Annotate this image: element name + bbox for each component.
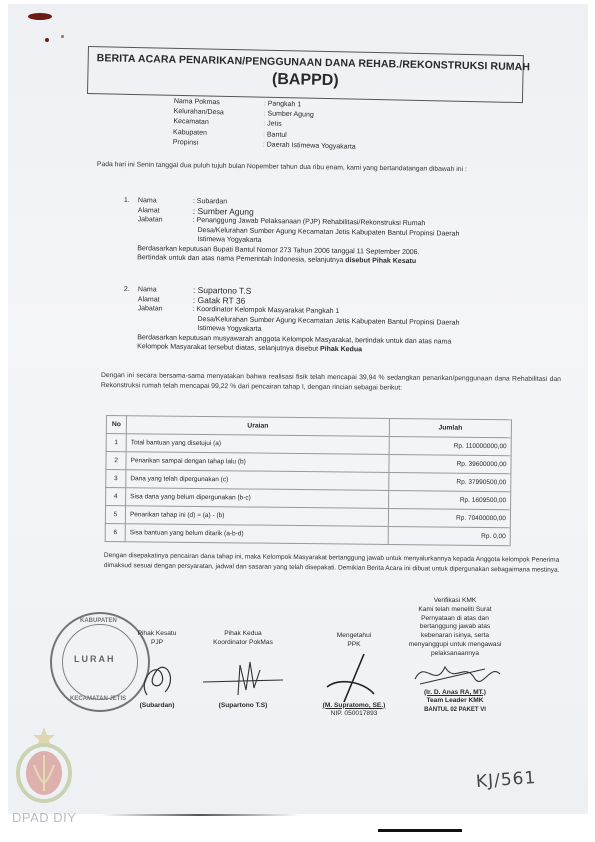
handwritten-code: KJ/561 (475, 768, 537, 792)
ink-blot (61, 35, 64, 38)
pokmas-info: Nama PokmasPangkah 1 Kelurahan/DesaSumbe… (173, 97, 357, 153)
table-row: 6Sisa bantuan yang belum ditarik (a-b-d)… (105, 523, 510, 545)
signature-scribble-icon (405, 659, 505, 689)
signature-pihak-kesatu: Pihak Kesatu PJP (Subardan) (122, 630, 192, 710)
ink-blot (45, 38, 49, 42)
financial-details-table: No Uraian Jumlah 1Total bantuan yang dis… (105, 415, 512, 546)
kecamatan: Jetis (263, 120, 282, 131)
watermark: DPAD DIY (12, 810, 76, 825)
statement-paragraph: Dengan ini secara bersama-sama menyataka… (101, 371, 561, 394)
party-2: 2.NamaSupartono T.S AlamatGatak RT 36 Ja… (123, 285, 564, 358)
party-1: 1.NamaSubardan AlamatSumber Agung Jabata… (123, 196, 460, 267)
ink-blot (28, 13, 52, 20)
kabupaten: Bantul (263, 130, 287, 141)
scan-artifact-bar (378, 829, 462, 832)
signature-ppk: Mengetahui PPK (M. Supratomo, SE.) NIP. … (314, 632, 394, 719)
document-title-box: BERITA ACARA PENARIKAN/PENGGUNAAN DANA R… (87, 46, 524, 103)
signature-scribble-icon (319, 652, 389, 702)
signature-scribble-icon (127, 650, 187, 700)
signature-pihak-kedua: Pihak Kedua Koordinator PokMas (Suparton… (198, 630, 288, 710)
signature-scribble-icon (198, 650, 288, 700)
signature-kmk: Verifikasi KMK Kami telah meneliti Surat… (400, 597, 510, 715)
dpad-emblem-icon (14, 725, 74, 805)
scan-edge (100, 814, 300, 816)
